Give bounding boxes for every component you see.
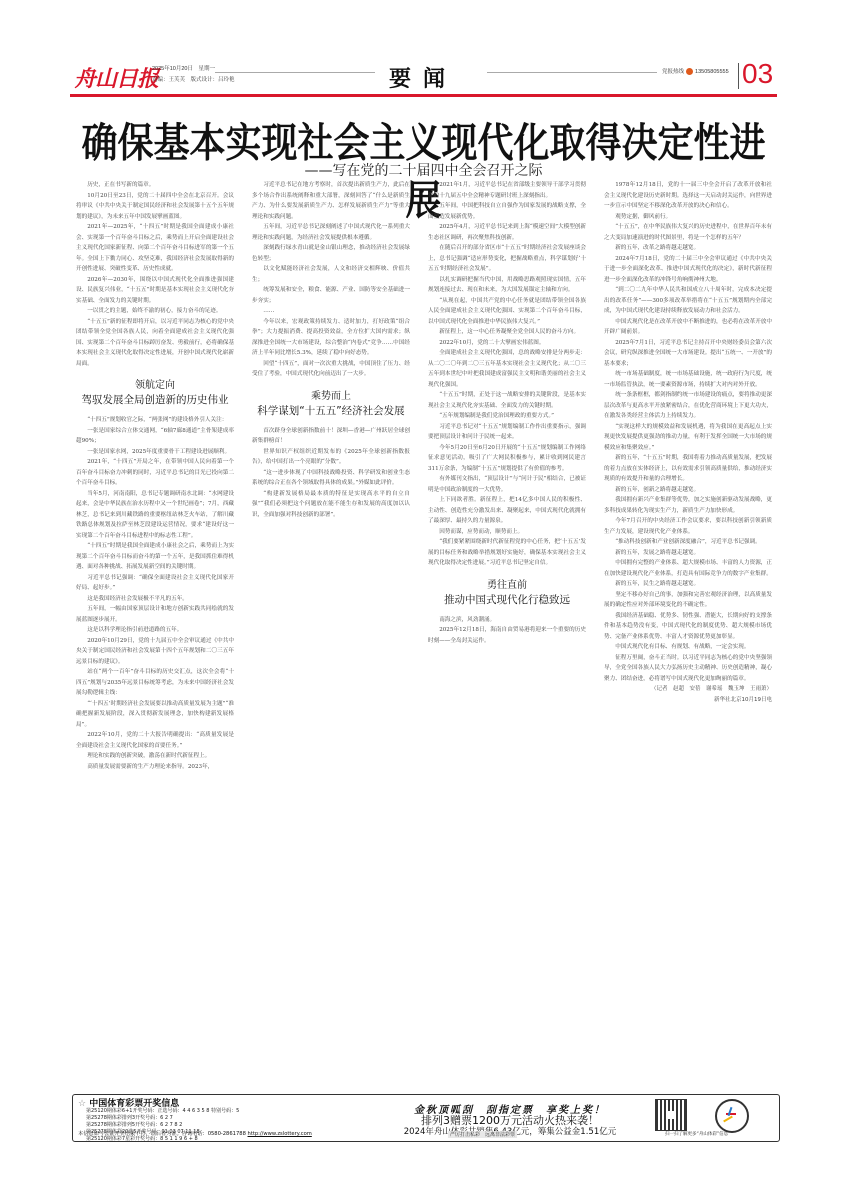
dateline: 2025年10月20日 星期一 责编：王芙芙 版式设计：吕玲艳 [152,64,235,86]
article-paragraph: 中国式现代化是在改革开放中不断推进的，也必将在改革开放中开辟广阔前景。 [604,317,772,338]
lottery-result: 第25278期体彩排列5开奖号码：6 2 7 8 2 [86,1122,239,1129]
article-paragraph: 10月20日至23日，党的二十届四中全会在北京召开。会议将审议《中共中央关于制定… [76,191,234,223]
article-paragraph: 在随后召开的部分省区市“十五五”时期经济社会发展座谈会上，总书记强调“适应形势变… [428,243,586,275]
lottery-results: 第25120期体彩6+1开奖号码：正选号码：4 4 6 3 5 8 特别号码：5… [86,1108,239,1143]
article-paragraph: 新的五年，民生之路将越走越宽。 [604,579,772,590]
article-paragraph: 回望“十四五”，面对一次次重大挑战，中国顶住了压力、经受住了考验，中国式现代化向… [252,359,410,380]
article-paragraph: 统筹发展和安全，粮食、能源、产业、国防等安全基础进一步夯实； [252,285,410,306]
article-paragraph: 2022年10月，党的二十大擘画宏伟蓝图。 [428,338,586,349]
article-paragraph: 习近平总书记对“十五五”规划编制工作作出重要指示，强调要把顶层设计和问计于民统一… [428,422,586,443]
article-paragraph: “实现这样大的规模效益和发展机遇，将为我国在更高起点上实现更快发展提供更强劲的推… [604,422,772,454]
article-paragraph: “构建新发展格局最本质的特征是实现高水平的自立自强”“我们必须把这个问题放在能不… [252,489,410,521]
article-paragraph: …… [252,306,410,317]
page-number: 03 [742,58,773,90]
article-paragraph: “十四五”规划收官之际，“两张网”的建设格外引人关注： [76,415,234,426]
article-column-3: 2021年1月，习近平总书记在省部级主要领导干部学习贯彻党的十九届五中全会精神专… [428,180,586,646]
masthead-red-rule [70,94,777,97]
lottery-disclaimer: 本信息如与公证开奖结果不符，以后者为准。咨询电话：0580-2861788 [78,1131,246,1137]
hotline-number: 13505805555 [695,69,729,75]
article-paragraph: 以扎实调研把握当代中国，用战略思路观照现实国情，五年规划连接过去、现在和未来，为… [428,275,586,296]
article-paragraph: 2026年—2030年，围绕以中国式现代化全面推进强国建设、民族复兴伟业，“十五… [76,275,234,307]
article-paragraph: 2021年，“十四五”开局之年，在带领中国人民向着第一个百年奋斗目标奋力冲刺的同… [76,457,234,489]
newspaper-logo: 舟山日报 [74,62,158,93]
article-paragraph: 新的五年，改革之路将越走越宽。 [604,243,772,254]
qr-code-icon[interactable] [655,1099,687,1131]
header-rule-left [215,72,375,73]
article-paragraph: 历史，正在书写新的篇章。 [76,180,234,191]
article-paragraph: 当年5月，河南南阳，总书记专题调研南水北调：“水网建设起来，会是中华民族在治水历… [76,489,234,542]
lottery-warning: 严厉打击私彩 远离非法彩票 [448,1131,517,1138]
section-subheading: 乘势而上科学谋划“十五五”经济社会发展 [252,390,410,418]
article-paragraph: 2020年10月29日，党的十九届五中全会审议通过《中共中央关于制定国民经济和社… [76,636,234,668]
lottery-result: 第25278期体彩排列3开奖号码：6 2 7 [86,1115,239,1122]
article-paragraph: “我们要紧紧围绕新时代新征程党的中心任务，把‘十五五’发展的目标任务和战略举措规… [428,537,586,569]
lottery-result: 第25120期体彩6+1开奖号码：正选号码：4 4 6 3 5 8 特别号码：5 [86,1108,239,1115]
article-paragraph: 统一条条框框，都剑指制约统一市场建设的痛点，要将推动更深层次改革与更高水平开放紧… [604,390,772,422]
article-paragraph: 一张是国家水网，2025年度重要骨干工程建设进展顺利。 [76,447,234,458]
article-paragraph: 2021年1月，习近平总书记在省部级主要领导干部学习贯彻党的十九届五中全会精神专… [428,180,586,201]
hotline: 党报热线13505805555 [662,67,729,75]
article-paragraph: 新的五年，发展之路将越走越宽。 [604,548,772,559]
article-paragraph: “从现在起，中国共产党的中心任务就是团结带领全国各族人民全面建成社会主义现代化强… [428,296,586,328]
article-paragraph: 五年间，习近平总书记深刻阐述了中国式现代化一系列重大理论和实践问题，为经济社会发… [252,222,410,243]
article-column-4: 1978年12月18日，党的十一届三中全会开启了改革开放和社会主义现代化建设历史… [604,180,772,705]
article-paragraph: 我国经济基础稳、优势多、韧性强、潜能大，长期向好的支撑条件和基本趋势没有变，中国… [604,611,772,643]
article-paragraph: 2022年10月，党的二十大报告明确提出：“高质量发展是全面建设社会主义现代化国… [76,730,234,751]
article-paragraph: 首次跻身全球创新指数前十！深圳—香港—广州跃居全球创新集群榜首！ [252,426,410,447]
issue-date: 2025年10月20日 星期一 [152,64,235,75]
section-subheading: 勇往直前推动中国式现代化行稳致远 [428,579,586,607]
article-paragraph: “‘十四五’时期经济社会发展要以推动高质量发展为主题”“准确把握新发展阶段，深入… [76,699,234,731]
article-paragraph: “十五五”新的征程即将开启，以习近平同志为核心的党中央团结带领全党全国各族人民，… [76,317,234,370]
scan-caption: 扫一扫了解更多“舟山体彩”信息 [665,1131,728,1137]
article-paragraph: 新的五年，创新之路将越走越宽。 [604,485,772,496]
article-paragraph: “十四五”时期是我国全面建成小康社会之后，乘势而上为实现第二个百年奋斗目标而奋斗… [76,541,234,573]
article-paragraph: 习近平总书记强调：“确保全面建设社会主义现代化国家开好局、起好步。” [76,573,234,594]
article-paragraph: 因势而谋，应势而动，顺势而上。 [428,527,586,538]
article-column-2: 习近平总书记在地方考察时，首次提出新质生产力，此后在多个场合作出系统阐释和重大部… [252,180,410,520]
article-paragraph: 2025年12月18日，海南自由贸易港将迎来一个重要的历史时刻——全岛封关运作。 [428,625,586,646]
header-rule-right [487,72,657,73]
article-paragraph: 1978年12月18日，党的十一届三中全会开启了改革开放和社会主义现代化建设历史… [604,180,772,212]
section-title: 要闻 [383,62,463,93]
article-paragraph: 今年7月召开的中央经济工作会议要求，要以科技创新引领新质生产力发展，建设现代化产… [604,516,772,537]
article-paragraph: 新的五年，“十五五”时期，我国将着力推动高质量发展，把发展的着力点放在实体经济上… [604,453,772,485]
article-paragraph: 以文化赋能经济社会发展，人文和经济交相辉映、价值共生； [252,264,410,285]
lottery-footer: 本信息如与公证开奖结果不符，以后者为准。咨询电话：0580-2861788 ht… [78,1130,312,1137]
article-paragraph: 2025年4月，习近平总书记来到上海“模速空间”大模型创新生态社区调研，再次聚焦… [428,222,586,243]
article-paragraph: 南海之滨，风劲潮涌。 [428,615,586,626]
section-subheading: 领航定向驾驭发展全局创造新的历史伟业 [76,379,234,407]
article-paragraph: 世界知识产权组织近期发布的《2025年全球创新指数报告》，给中国打出一个亮眼的“… [252,447,410,468]
article-paragraph: 今年5月20日至6月20日开展的“十五五”规划编制工作网络征求意见活动，吸引了广… [428,443,586,475]
article-paragraph: “推动科技创新和产业创新深度融合”，习近平总书记强调。 [604,537,772,548]
article-paragraph: 观势定据，御风前行。 [604,212,772,223]
article-paragraph: “到二〇二九年中华人民共和国成立八十周年时，完成本决定提出的改革任务”——300… [604,285,772,317]
hotline-label: 党报热线 [662,69,684,75]
article-paragraph: “十五五”，在中华民族伟大复兴的历史进程中，在世界百年未有之大变局加速演进的时代… [604,222,772,243]
article-byline: （记者 赵超 安蓓 谢希瑶 魏玉坤 王雨萧） [604,684,772,695]
article-paragraph: 一以贯之的主题，始终不渝的初心，接力奋斗的足迹。 [76,306,234,317]
editors: 责编：王芙芙 版式设计：吕玲艳 [152,75,235,86]
star-icon: ☆ [78,1099,86,1109]
article-paragraph: 2024年7月18日，党的二十届三中全会审议通过《中共中央关于进一步全面深化改革… [604,254,772,286]
article-paragraph: 深刻践行绿水青山就是金山银山理念，推动经济社会发展绿色转型； [252,243,410,264]
article-paragraph: 全面建成社会主义现代化强国，总的战略安排是分两步走：从二〇二〇年到二〇三五年基本… [428,348,586,390]
article-paragraph: 有外媒刊文指出，“顶层设计”与“问计于民”相结合，已被证明是中国政治制度的一大优… [428,474,586,495]
douyin-code-icon[interactable] [715,1099,749,1133]
article-paragraph: 高质量发展需要新的生产力理论来指导。2023年， [76,762,234,773]
article-paragraph: 五年间，中国把科技自立自强作为国家发展的战略支撑，全面塑造发展新优势。 [428,201,586,222]
article-paragraph: 坚定不移办好自己的事，加强和完善宏观经济治理，以高质量发展的确定性应对外部环境变… [604,590,772,611]
article-paragraph: 站在“两个一百年”奋斗目标的历史交汇点，这次全会将“十四五”规划与2035年远景… [76,667,234,699]
article-paragraph: “十五五”时期，正处于这一战略安排的关键阶段，是基本实现社会主义现代化夯实基础、… [428,390,586,411]
article-paragraph: 这是我国经济社会发展极不平凡的五年。 [76,594,234,605]
lottery-website-link[interactable]: http://www.zslottery.com [248,1131,312,1137]
article-paragraph: 我国拥有新兴产业集群等优势，加之实施创新驱动发展战略，更多科技成果转化为现实生产… [604,495,772,516]
article-paragraph: 习近平总书记在地方考察时，首次提出新质生产力，此后在多个场合作出系统阐释和重大部… [252,180,410,222]
article-paragraph: 今年以来，宏观政策持续发力、适时加力，打好政策“组合拳”；大力提振消费、提高投资… [252,317,410,359]
article-paragraph: 上下同欲者胜。新征程上，把14亿多中国人民的积极性、主动性、创造性充分激发出来、… [428,495,586,527]
phone-icon [686,68,693,75]
article-paragraph: “这一进步体现了中国科技战略投资、科学研发和创业生态系统的综合正在各个领域取得具… [252,468,410,489]
article-dateline: 新华社北京10月19日电 [604,695,772,706]
article-paragraph: 2025年7月1日，习近平总书记主持召开中央财经委员会第六次会议，研究纵深推进全… [604,338,772,370]
article-column-1: 历史，正在书写新的篇章。10月20日至23日，党的二十届四中全会在北京召开。会议… [76,180,234,772]
article-paragraph: 统一市场基础制度，统一市场基础设施，统一政府行为尺度，统一市场监管执法，统一要素… [604,369,772,390]
article-paragraph: 2021年—2025年，“十四五”时期是我国全面建成小康社会、实现第一个百年奋斗… [76,222,234,275]
article-paragraph: 征程万里阔，奋斗正当时。以习近平同志为核心的党中央坚强领导，全党全国各族人民大力… [604,653,772,685]
article-paragraph: 中国拥有完整的产业体系、超大规模市场、丰富的人力资源，正在加快建设现代化产业体系… [604,558,772,579]
article-paragraph: 理论和实践的创新突破，激荡在新时代新征程上。 [76,751,234,762]
article-paragraph: 一张是国家综合立体交通网，“6轴7廊8通道”主骨架建成率超90%； [76,426,234,447]
article-paragraph: 中国式现代化有目标、有规划、有战略，一定会实现。 [604,642,772,653]
article-paragraph: 新征程上，这一中心任务凝聚全党全国人民的奋斗方向。 [428,327,586,338]
lottery-result: 第25120期体彩7星彩开奖号码：8 5 1 1 9 6 + 8 [86,1136,239,1143]
article-paragraph: 五年间，一幅由国家顶层设计和地方创新实践共同绘就的发展蓝图逐步展开。 [76,604,234,625]
article-paragraph: 这是以科学理论指引前进道路的五年。 [76,625,234,636]
page-number-divider [738,63,739,89]
article-paragraph: “五年规划编制是我们党治国理政的重要方式。” [428,411,586,422]
subheadline: ——写在党的二十届四中全会召开之际 [70,160,777,180]
